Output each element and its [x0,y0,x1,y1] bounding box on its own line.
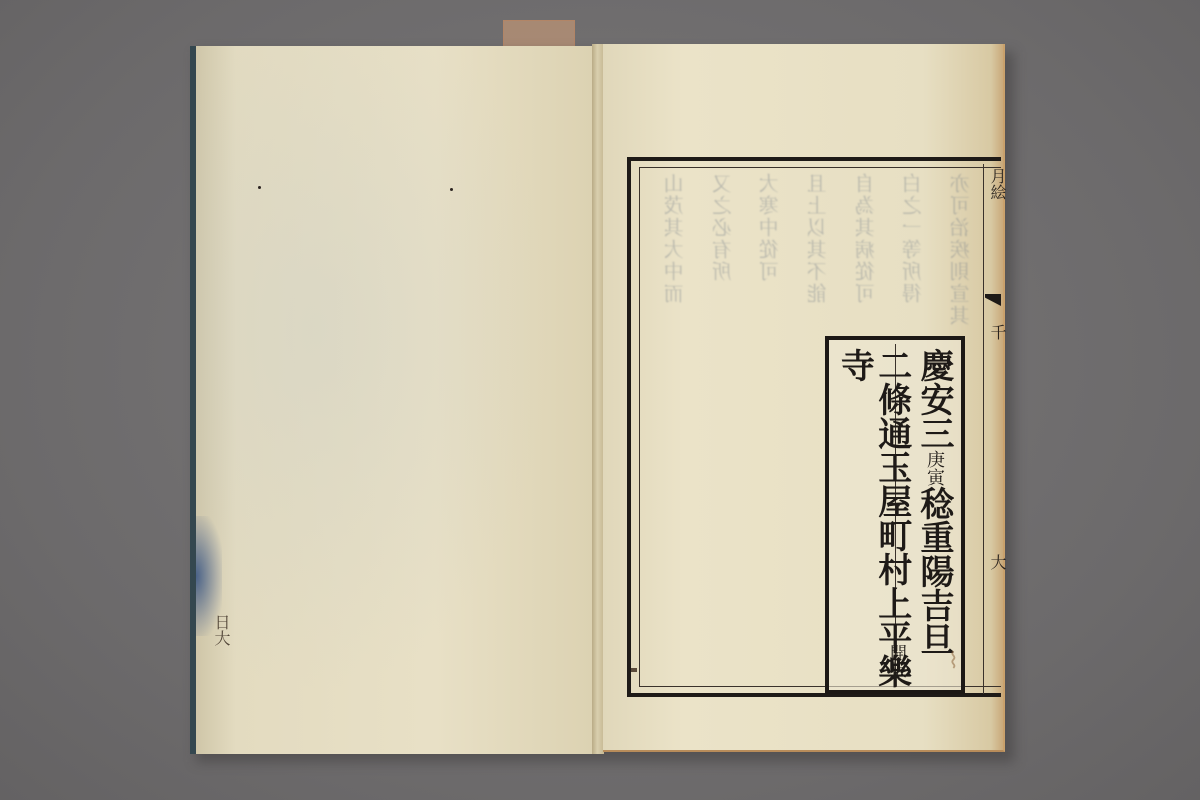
margin-title: 月絵 [986,168,1009,200]
stain-mark: ⌇ [948,649,959,674]
bleed-column: 又之必有所 [713,173,733,681]
speck [450,188,453,191]
margin-volume: 千 [986,324,1009,340]
date-text: 稔重陽吉旦 [914,486,954,656]
bleed-column: 山茂其大中而 [665,173,685,681]
publisher-address: 二條通玉屋町村上平樂寺 [835,348,910,690]
publish-mark-1: 開 [886,644,906,661]
bleed-column: 大寒中從可 [760,173,780,681]
ink-speck [631,668,637,672]
publish-mark-2: 板 [886,661,906,678]
right-page: 亦可治疾則宣其 白之一等所得 自為其病從可 且上以其不能 大寒中從可 又之必有所… [603,44,1005,752]
zodiac-note: 庚寅 [924,450,944,486]
colophon-date: 慶安三庚寅稔重陽吉旦 [914,348,953,656]
zodiac-stem: 庚 [924,450,945,468]
margin-page: 大 [986,554,1009,570]
left-page: 日大 [190,46,594,754]
colophon-box: 慶安三庚寅稔重陽吉旦 二條通玉屋町村上平樂寺 開板 [825,336,965,694]
left-ink-mark: 日大 [210,614,233,646]
speck [258,186,261,189]
zodiac-branch: 寅 [924,468,945,486]
publish-mark: 開板 [887,644,904,678]
hanshin-margin: 月絵 千 大 [983,164,1002,694]
era-year: 慶安三 [914,348,954,450]
